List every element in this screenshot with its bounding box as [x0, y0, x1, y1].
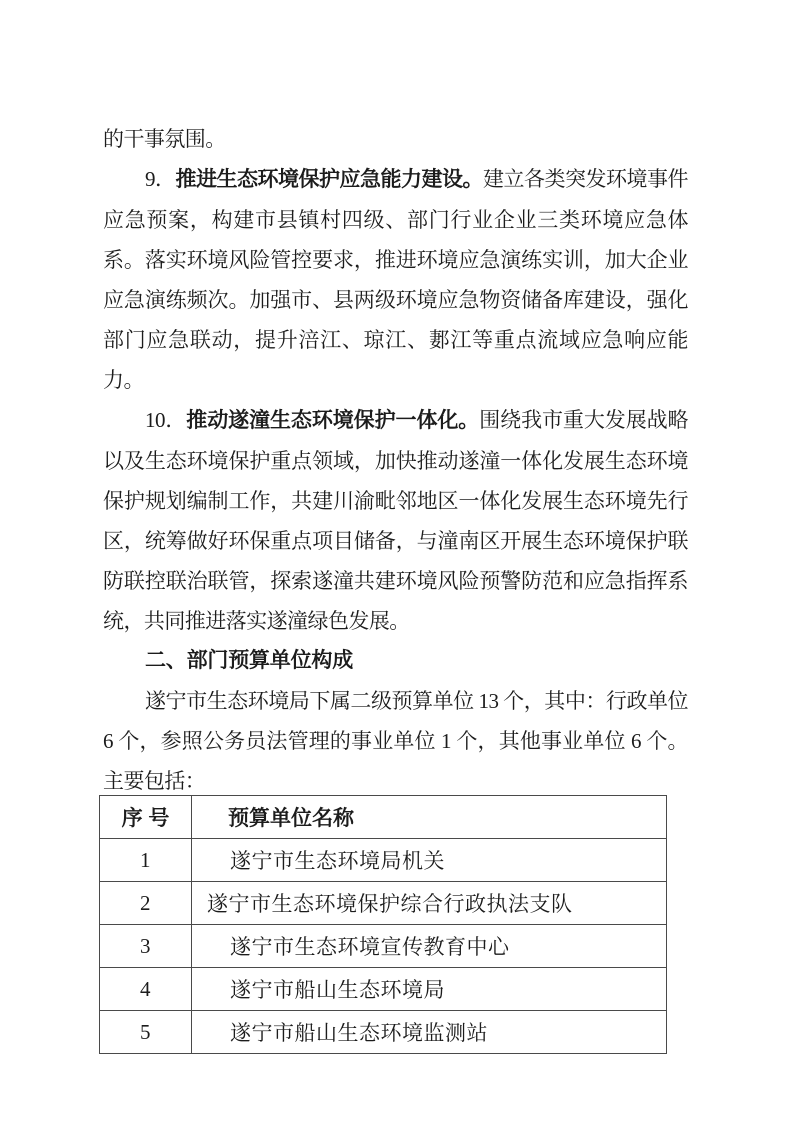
table-row: 2 遂宁市生态环境保护综合行政执法支队: [100, 882, 667, 925]
table-header-row: 序 号 预算单位名称: [100, 796, 667, 839]
paragraph-item-9: 9．推进生态环境保护应急能力建设。建立各类突发环境事件应急预案，构建市县镇村四级…: [103, 159, 688, 400]
item-10-number: 10．: [145, 408, 186, 432]
paragraph-unit-composition: 遂宁市生态环境局下属二级预算单位 13 个，其中：行政单位 6 个，参照公务员法…: [103, 681, 688, 801]
table-row: 1 遂宁市生态环境局机关: [100, 839, 667, 882]
paragraph-item-10: 10．推动遂潼生态环境保护一体化。围绕我市重大发展战略以及生态环境保护重点领域，…: [103, 400, 688, 641]
document-body: 的干事氛围。 9．推进生态环境保护应急能力建设。建立各类突发环境事件应急预案，构…: [103, 0, 688, 1054]
paragraph-continuation: 的干事氛围。: [103, 119, 688, 159]
item-9-lead: 推进生态环境保护应急能力建设。: [176, 168, 484, 191]
item-10-text: 围绕我市重大发展战略以及生态环境保护重点领域，加快推动遂潼一体化发展生态环境保护…: [103, 408, 688, 633]
table-row: 4 遂宁市船山生态环境局: [100, 968, 667, 1011]
table-row: 5 遂宁市船山生态环境监测站: [100, 1011, 667, 1054]
row-serial-number: 1: [100, 839, 192, 882]
document-page: 的干事氛围。 9．推进生态环境保护应急能力建设。建立各类突发环境事件应急预案，构…: [0, 0, 793, 1122]
row-serial-number: 3: [100, 925, 192, 968]
row-unit-name: 遂宁市船山生态环境局: [192, 968, 667, 1011]
row-unit-name: 遂宁市船山生态环境监测站: [192, 1011, 667, 1054]
row-unit-name: 遂宁市生态环境局机关: [192, 839, 667, 882]
header-serial-number: 序 号: [100, 796, 192, 839]
row-unit-name: 遂宁市生态环境保护综合行政执法支队: [192, 882, 667, 925]
row-serial-number: 2: [100, 882, 192, 925]
row-serial-number: 4: [100, 968, 192, 1011]
item-9-text: 建立各类突发环境事件应急预案，构建市县镇村四级、部门行业企业三类环境应急体系。落…: [103, 167, 688, 392]
item-9-number: 9．: [145, 167, 176, 191]
row-serial-number: 5: [100, 1011, 192, 1054]
item-10-lead: 推动遂潼生态环境保护一体化。: [186, 409, 479, 432]
section-heading-2: 二、部门预算单位构成: [103, 641, 688, 681]
row-unit-name: 遂宁市生态环境宣传教育中心: [192, 925, 667, 968]
table-row: 3 遂宁市生态环境宣传教育中心: [100, 925, 667, 968]
header-unit-name: 预算单位名称: [192, 796, 667, 839]
budget-units-table: 序 号 预算单位名称 1 遂宁市生态环境局机关 2 遂宁市生态环境保护综合行政执…: [99, 795, 667, 1054]
